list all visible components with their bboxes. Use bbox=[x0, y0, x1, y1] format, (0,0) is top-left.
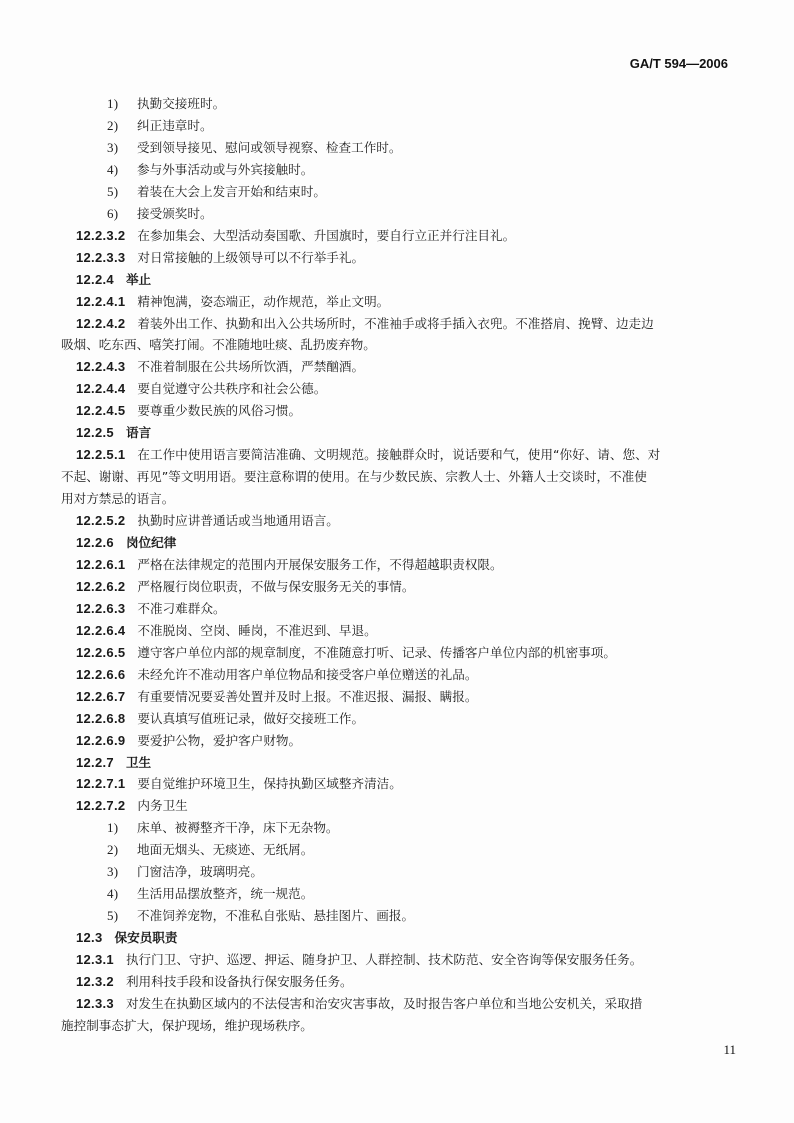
section-heading: 12.2.6岗位纪律 bbox=[76, 532, 730, 554]
list-item: 6)接受颁奖时。 bbox=[107, 203, 761, 225]
clause-number: 12.2.4.5 bbox=[76, 403, 125, 418]
clause-number: 12.2.6.6 bbox=[76, 667, 125, 682]
clause-number: 12.2.5 bbox=[76, 425, 114, 440]
list-item: 5)不准饲养宠物，不准私自张贴、悬挂图片、画报。 bbox=[107, 905, 761, 927]
paragraph-continuation: 用对方禁忌的语言。 bbox=[61, 488, 715, 510]
line-text: 利用科技手段和设备执行保安服务任务。 bbox=[126, 974, 353, 989]
paragraph-continuation: 不起、谢谢、再见”等文明用语。要注意称谓的使用。在与少数民族、宗教人士、外籍人士… bbox=[61, 466, 715, 488]
clause-number: 12.2.4.3 bbox=[76, 359, 125, 374]
clause-line: 12.2.4.4要自觉遵守公共秩序和社会公德。 bbox=[76, 378, 730, 400]
clause-number: 12.2.7.2 bbox=[76, 798, 125, 813]
clause-number: 12.3 bbox=[76, 930, 103, 945]
line-text: 不起、谢谢、再见”等文明用语。要注意称谓的使用。在与少数民族、宗教人士、外籍人士… bbox=[61, 469, 647, 484]
paragraph-continuation: 施控制事态扩大，保护现场，维护现场秩序。 bbox=[61, 1015, 715, 1037]
paragraph-continuation: 吸烟、吃东西、嘻笑打闹。不准随地吐痰、乱扔废弃物。 bbox=[61, 334, 715, 356]
line-text: 执行门卫、守护、巡逻、押运、随身护卫、人群控制、技术防范、安全咨询等保安服务任务… bbox=[126, 952, 642, 967]
clause-number: 12.2.6.2 bbox=[76, 579, 125, 594]
section-heading: 12.2.4举止 bbox=[76, 269, 730, 291]
line-text: 不准刁难群众。 bbox=[137, 601, 225, 616]
line-text: 要爱护公物，爱护客户财物。 bbox=[137, 733, 301, 748]
page-number: 11 bbox=[723, 1042, 736, 1058]
clause-line: 12.2.5.1在工作中使用语言要简洁准确、文明规范。接触群众时，说话要和气，使… bbox=[76, 444, 730, 466]
clause-number: 12.2.6.5 bbox=[76, 645, 125, 660]
clause-line: 12.2.7.2内务卫生 bbox=[76, 795, 730, 817]
clause-line: 12.2.4.2着装外出工作、执勤和出入公共场所时，不准袖手或将手插入衣兜。不准… bbox=[76, 313, 730, 335]
clause-line: 12.2.6.6未经允许不准动用客户单位物品和接受客户单位赠送的礼品。 bbox=[76, 664, 730, 686]
line-text: 遵守客户单位内部的规章制度，不准随意打听、记录、传播客户单位内部的机密事项。 bbox=[137, 645, 616, 660]
line-text: 严格在法律规定的范围内开展保安服务工作，不得超越职责权限。 bbox=[137, 557, 502, 572]
line-text: 在参加集会、大型活动奏国歌、升国旗时，要自行立正并行注目礼。 bbox=[137, 228, 515, 243]
clause-number: 12.2.4 bbox=[76, 272, 114, 287]
clause-line: 12.2.6.9要爱护公物，爱护客户财物。 bbox=[76, 730, 730, 752]
item-number: 6) bbox=[107, 203, 137, 225]
clause-number: 12.2.7.1 bbox=[76, 776, 125, 791]
clause-line: 12.2.4.3不准着制服在公共场所饮酒，严禁酗酒。 bbox=[76, 356, 730, 378]
line-text: 卫生 bbox=[126, 755, 151, 770]
line-text: 要认真填写值班记录，做好交接班工作。 bbox=[137, 711, 364, 726]
clause-line: 12.2.6.3不准刁难群众。 bbox=[76, 598, 730, 620]
item-number: 4) bbox=[107, 159, 137, 181]
line-text: 未经允许不准动用客户单位物品和接受客户单位赠送的礼品。 bbox=[137, 667, 477, 682]
line-text: 对日常接触的上级领导可以不行举手礼。 bbox=[137, 250, 364, 265]
clause-number: 12.2.6.8 bbox=[76, 711, 125, 726]
line-text: 在工作中使用语言要简洁准确、文明规范。接触群众时，说话要和气，使用“你好、请、您… bbox=[137, 447, 660, 462]
clause-line: 12.2.6.4不准脱岗、空岗、睡岗，不准迟到、早退。 bbox=[76, 620, 730, 642]
clause-number: 12.3.1 bbox=[76, 952, 114, 967]
line-text: 严格履行岗位职责，不做与保安服务无关的事情。 bbox=[137, 579, 414, 594]
line-text: 吸烟、吃东西、嘻笑打闹。不准随地吐痰、乱扔废弃物。 bbox=[61, 337, 376, 352]
clause-line: 12.2.6.5遵守客户单位内部的规章制度，不准随意打听、记录、传播客户单位内部… bbox=[76, 642, 730, 664]
standard-code-header: GA/T 594—2006 bbox=[630, 56, 728, 71]
line-text: 参与外事活动或与外宾接触时。 bbox=[137, 162, 313, 177]
line-text: 纠正违章时。 bbox=[137, 118, 213, 133]
line-text: 执勤交接班时。 bbox=[137, 96, 225, 111]
clause-line: 12.3.2利用科技手段和设备执行保安服务任务。 bbox=[76, 971, 730, 993]
line-text: 举止 bbox=[126, 272, 151, 287]
line-text: 接受颁奖时。 bbox=[137, 206, 213, 221]
line-text: 不准脱岗、空岗、睡岗，不准迟到、早退。 bbox=[137, 623, 376, 638]
clause-line: 12.2.6.8要认真填写值班记录，做好交接班工作。 bbox=[76, 708, 730, 730]
line-text: 保安员职责 bbox=[115, 930, 178, 945]
line-text: 施控制事态扩大，保护现场，维护现场秩序。 bbox=[61, 1018, 313, 1033]
line-text: 内务卫生 bbox=[137, 798, 187, 813]
line-text: 执勤时应讲普通话或当地通用语言。 bbox=[137, 513, 339, 528]
clause-line: 12.2.7.1要自觉维护环境卫生，保持执勤区域整齐清洁。 bbox=[76, 773, 730, 795]
document-page: GA/T 594—2006 1)执勤交接班时。2)纠正违章时。3)受到领导接见、… bbox=[0, 0, 794, 1123]
clause-number: 12.2.5.1 bbox=[76, 447, 125, 462]
clause-number: 12.2.6 bbox=[76, 535, 114, 550]
list-item: 3)受到领导接见、慰问或领导视察、检查工作时。 bbox=[107, 137, 761, 159]
list-item: 1)床单、被褥整齐干净，床下无杂物。 bbox=[107, 817, 761, 839]
clause-number: 12.2.5.2 bbox=[76, 513, 125, 528]
list-item: 5)着装在大会上发言开始和结束时。 bbox=[107, 181, 761, 203]
clause-line: 12.3.3对发生在执勤区域内的不法侵害和治安灾害事故，及时报告客户单位和当地公… bbox=[76, 993, 730, 1015]
line-text: 着装在大会上发言开始和结束时。 bbox=[137, 184, 326, 199]
clause-number: 12.3.3 bbox=[76, 996, 114, 1011]
clause-number: 12.2.6.4 bbox=[76, 623, 125, 638]
item-number: 4) bbox=[107, 883, 137, 905]
line-text: 受到领导接见、慰问或领导视察、检查工作时。 bbox=[137, 140, 401, 155]
clause-line: 12.2.6.2严格履行岗位职责，不做与保安服务无关的事情。 bbox=[76, 576, 730, 598]
clause-number: 12.2.4.4 bbox=[76, 381, 125, 396]
item-number: 3) bbox=[107, 861, 137, 883]
clause-number: 12.2.4.2 bbox=[76, 316, 125, 331]
list-item: 3)门窗洁净，玻璃明亮。 bbox=[107, 861, 761, 883]
clause-line: 12.2.3.2在参加集会、大型活动奏国歌、升国旗时，要自行立正并行注目礼。 bbox=[76, 225, 730, 247]
item-number: 2) bbox=[107, 115, 137, 137]
clause-number: 12.2.4.1 bbox=[76, 294, 125, 309]
line-text: 生活用品摆放整齐，统一规范。 bbox=[137, 886, 313, 901]
list-item: 2)纠正违章时。 bbox=[107, 115, 761, 137]
clause-line: 12.2.6.1严格在法律规定的范围内开展保安服务工作，不得超越职责权限。 bbox=[76, 554, 730, 576]
line-text: 要尊重少数民族的风俗习惯。 bbox=[137, 403, 301, 418]
line-text: 门窗洁净，玻璃明亮。 bbox=[137, 864, 263, 879]
clause-line: 12.2.5.2执勤时应讲普通话或当地通用语言。 bbox=[76, 510, 730, 532]
item-number: 2) bbox=[107, 839, 137, 861]
item-number: 5) bbox=[107, 905, 137, 927]
clause-line: 12.2.4.1精神饱满，姿态端正，动作规范，举止文明。 bbox=[76, 291, 730, 313]
clause-number: 12.2.3.3 bbox=[76, 250, 125, 265]
item-number: 1) bbox=[107, 93, 137, 115]
clause-number: 12.2.6.1 bbox=[76, 557, 125, 572]
list-item: 4)生活用品摆放整齐，统一规范。 bbox=[107, 883, 761, 905]
clause-number: 12.2.3.2 bbox=[76, 228, 125, 243]
section-heading: 12.2.7卫生 bbox=[76, 752, 730, 774]
line-text: 有重要情况要妥善处置并及时上报。不准迟报、漏报、瞒报。 bbox=[137, 689, 477, 704]
clause-line: 12.2.3.3对日常接触的上级领导可以不行举手礼。 bbox=[76, 247, 730, 269]
line-text: 着装外出工作、执勤和出入公共场所时，不准袖手或将手插入衣兜。不准搭肩、挽臂、边走… bbox=[137, 316, 653, 331]
item-number: 1) bbox=[107, 817, 137, 839]
item-number: 5) bbox=[107, 181, 137, 203]
line-text: 要自觉遵守公共秩序和社会公德。 bbox=[137, 381, 326, 396]
line-text: 语言 bbox=[126, 425, 151, 440]
clause-number: 12.3.2 bbox=[76, 974, 114, 989]
line-text: 不准饲养宠物，不准私自张贴、悬挂图片、画报。 bbox=[137, 908, 414, 923]
line-text: 岗位纪律 bbox=[126, 535, 176, 550]
list-item: 4)参与外事活动或与外宾接触时。 bbox=[107, 159, 761, 181]
item-number: 3) bbox=[107, 137, 137, 159]
clause-number: 12.2.6.7 bbox=[76, 689, 125, 704]
clause-number: 12.2.6.9 bbox=[76, 733, 125, 748]
list-item: 1)执勤交接班时。 bbox=[107, 93, 761, 115]
line-text: 要自觉维护环境卫生，保持执勤区域整齐清洁。 bbox=[137, 776, 401, 791]
list-item: 2)地面无烟头、无痰迹、无纸屑。 bbox=[107, 839, 761, 861]
clause-line: 12.2.4.5要尊重少数民族的风俗习惯。 bbox=[76, 400, 730, 422]
line-text: 用对方禁忌的语言。 bbox=[61, 491, 174, 506]
clause-line: 12.3.1执行门卫、守护、巡逻、押运、随身护卫、人群控制、技术防范、安全咨询等… bbox=[76, 949, 730, 971]
section-heading: 12.3保安员职责 bbox=[76, 927, 730, 949]
clause-line: 12.2.6.7有重要情况要妥善处置并及时上报。不准迟报、漏报、瞒报。 bbox=[76, 686, 730, 708]
line-text: 不准着制服在公共场所饮酒，严禁酗酒。 bbox=[137, 359, 364, 374]
section-heading: 12.2.5语言 bbox=[76, 422, 730, 444]
clause-number: 12.2.6.3 bbox=[76, 601, 125, 616]
line-text: 床单、被褥整齐干净，床下无杂物。 bbox=[137, 820, 339, 835]
clause-number: 12.2.7 bbox=[76, 755, 114, 770]
line-text: 精神饱满，姿态端正，动作规范，举止文明。 bbox=[137, 294, 389, 309]
line-text: 地面无烟头、无痰迹、无纸屑。 bbox=[137, 842, 313, 857]
line-text: 对发生在执勤区域内的不法侵害和治安灾害事故，及时报告客户单位和当地公安机关，采取… bbox=[126, 996, 642, 1011]
